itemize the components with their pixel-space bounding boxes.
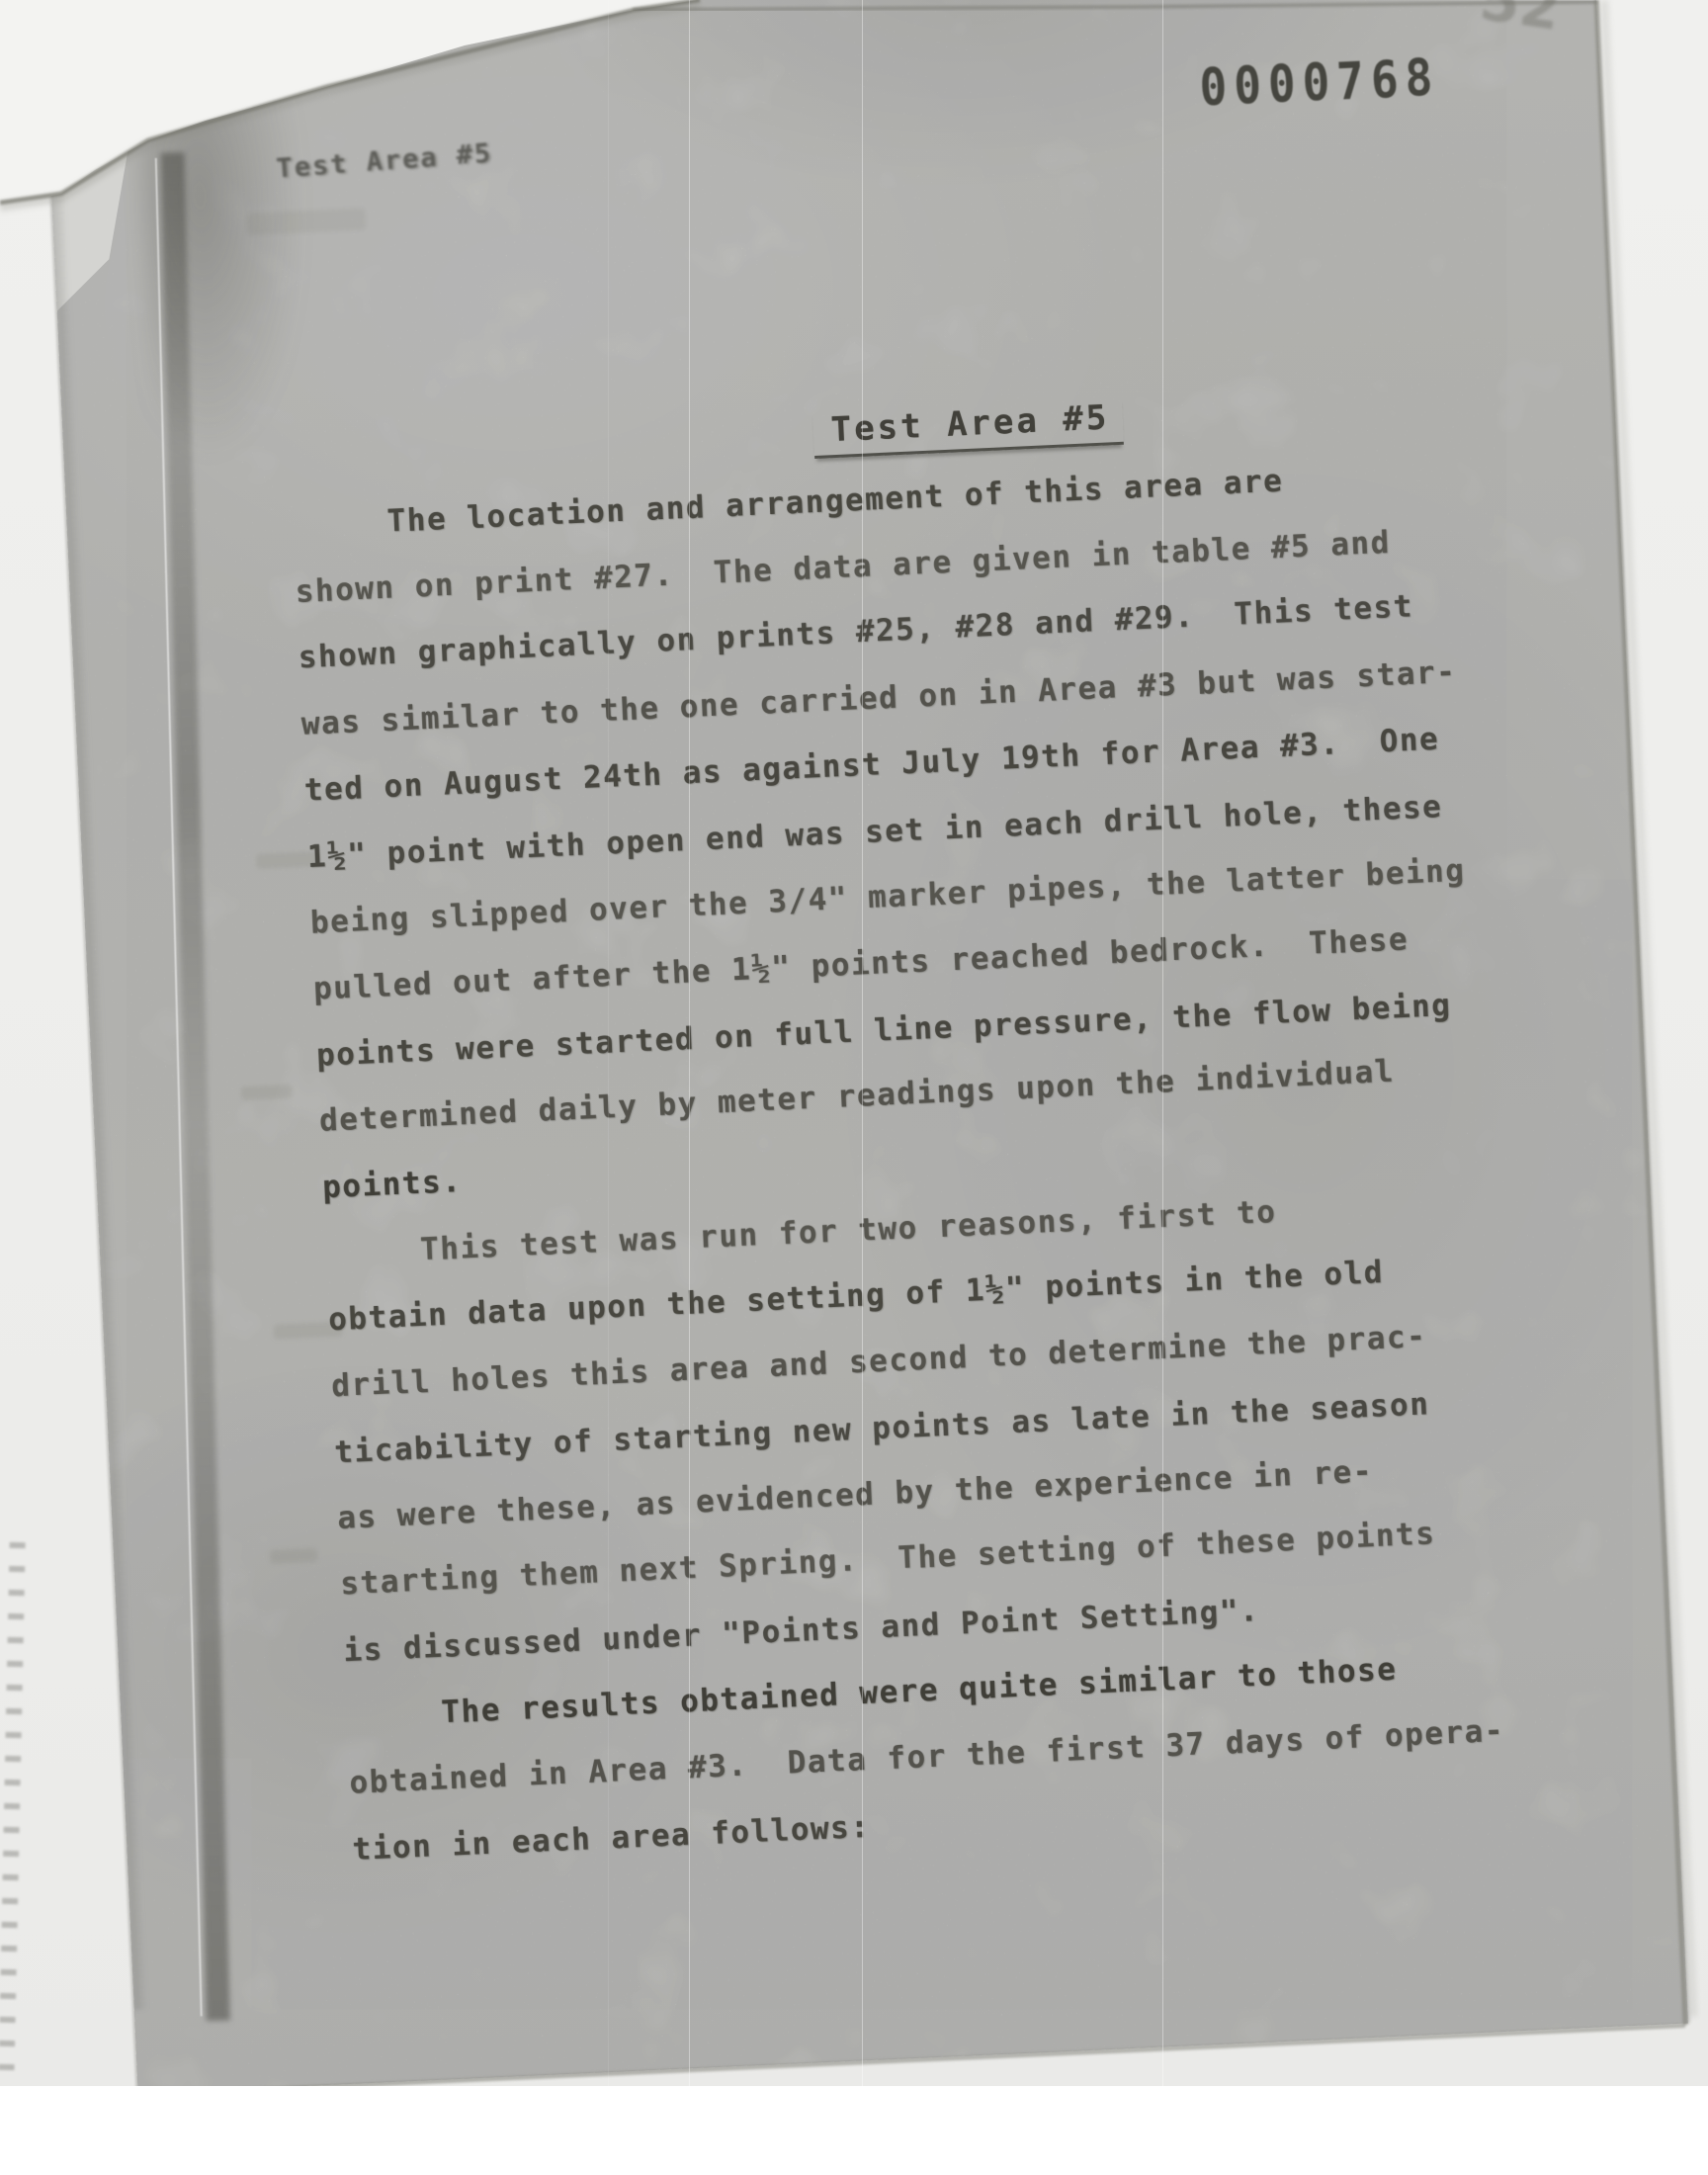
scan-frame-bottom	[0, 2086, 1708, 2175]
scan-streak	[1162, 0, 1163, 2088]
sheet-edges-overlay	[0, 0, 1708, 2175]
document-scan: Test Area #5 0000768 52 Test Area #5 The…	[0, 0, 1708, 2175]
scan-streak	[608, 0, 609, 2088]
top-edge-line	[633, 2, 1597, 10]
right-edge-line	[1596, 0, 1685, 2025]
scan-streak	[862, 0, 863, 2088]
right-edge-soft-shadow	[1604, 0, 1693, 2017]
scan-streak	[689, 0, 690, 2088]
